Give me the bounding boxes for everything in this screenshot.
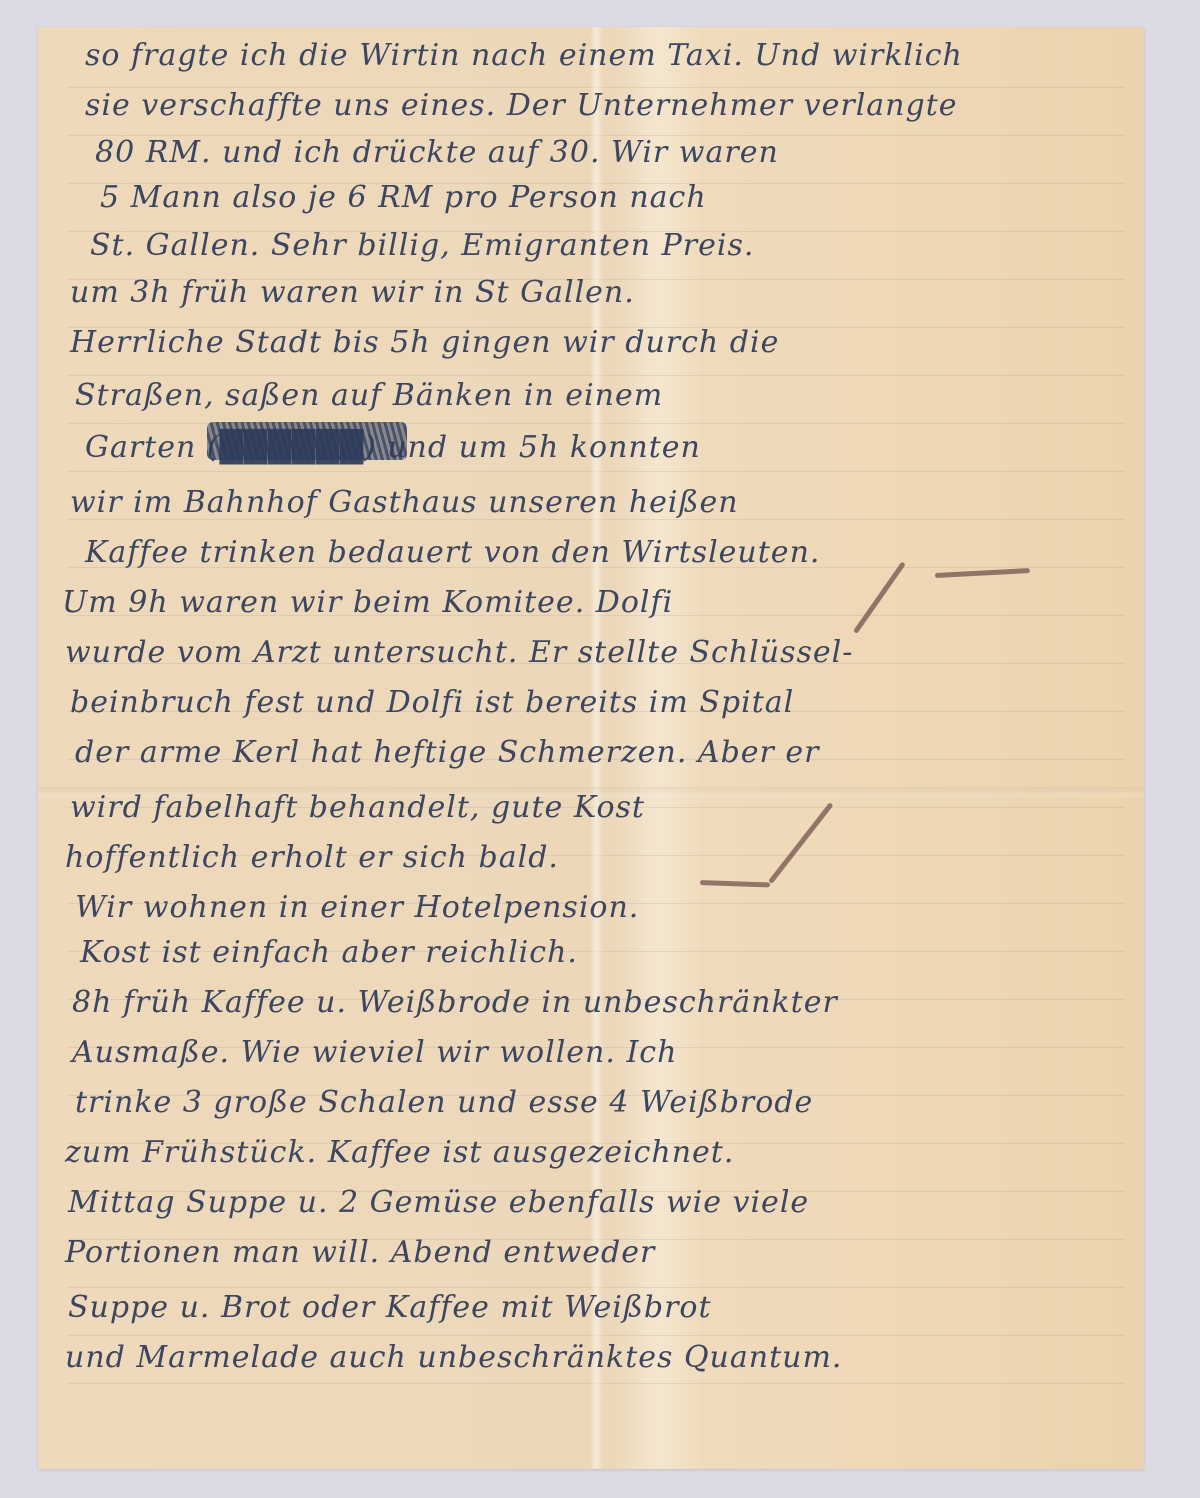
letter-line: um 3h früh waren wir in St Gallen.	[70, 275, 635, 310]
letter-line: trinke 3 große Schalen und esse 4 Weißbr…	[75, 1085, 813, 1120]
letter-line: Straßen, saßen auf Bänken in einem	[75, 378, 663, 413]
letter-line: sie verschaffte uns eines. Der Unternehm…	[85, 88, 958, 123]
letter-line: Kaffee trinken bedauert von den Wirtsleu…	[85, 535, 820, 570]
letter-line: 8h früh Kaffee u. Weißbrode in unbeschrä…	[72, 985, 838, 1020]
letter-line: und Marmelade auch unbeschränktes Quantu…	[65, 1340, 842, 1375]
letter-line: Herrliche Stadt bis 5h gingen wir durch …	[70, 325, 779, 360]
crossed-out-word	[207, 422, 407, 460]
letter-line: Portionen man will. Abend entweder	[65, 1235, 655, 1270]
letter-line: wurde vom Arzt untersucht. Er stellte Sc…	[65, 635, 853, 670]
letter-line: beinbruch fest und Dolfi ist bereits im …	[70, 685, 794, 720]
letter-line: Kost ist einfach aber reichlich.	[80, 935, 578, 970]
letter-line: Mittag Suppe u. 2 Gemüse ebenfalls wie v…	[68, 1185, 809, 1220]
letter-line: der arme Kerl hat heftige Schmerzen. Abe…	[75, 735, 820, 770]
letter-line: wird fabelhaft behandelt, gute Kost	[70, 790, 645, 825]
letter-line: 80 RM. und ich drückte auf 30. Wir waren	[95, 135, 779, 170]
letter-line: hoffentlich erholt er sich bald.	[65, 840, 559, 875]
letter-line: Um 9h waren wir beim Komitee. Dolfi	[62, 585, 673, 620]
letter-line: so fragte ich die Wirtin nach einem Taxi…	[85, 38, 963, 73]
letter-line: zum Frühstück. Kaffee ist ausgezeichnet.	[65, 1135, 734, 1170]
letter-line: Suppe u. Brot oder Kaffee mit Weißbrot	[68, 1290, 712, 1325]
letter-line: Ausmaße. Wie wieviel wir wollen. Ich	[72, 1035, 677, 1070]
letter-line: 5 Mann also je 6 RM pro Person nach	[100, 180, 707, 215]
letter-line: St. Gallen. Sehr billig, Emigranten Prei…	[90, 228, 754, 263]
letter-line: Wir wohnen in einer Hotelpension.	[75, 890, 639, 925]
letter-line: wir im Bahnhof Gasthaus unseren heißen	[70, 485, 739, 520]
